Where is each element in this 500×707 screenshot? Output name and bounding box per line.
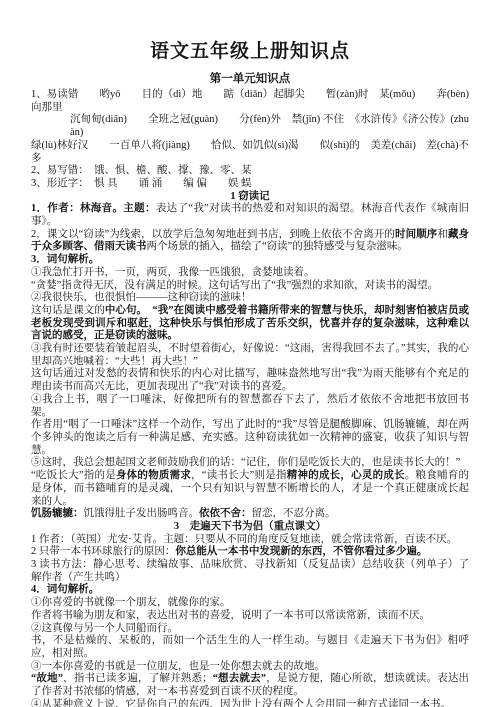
bold-text-run: 时间顺序 xyxy=(395,229,437,240)
paragraph: 作者用“咽了一口唾沫”这样一个动作，写出了此时的“我”尽管是腿酸脚麻、饥肠辘辘，… xyxy=(31,419,469,457)
text-run: 这句话通过对发愁的表情和快乐的内心对比描写，趣味盎然地写出“我”为雨天能够有个充… xyxy=(31,368,469,392)
bold-text-run: 饥肠辘辘： xyxy=(31,508,84,519)
bold-text-run: 你总能从一本书中发现新的东西，不管你看过多少遍。 xyxy=(175,546,427,557)
section-heading-zoubian: 3 走遍天下书为侣（重点课文） xyxy=(31,521,469,534)
paragraph: ④从某种意义上说，它是你自己的东西，因为世上没有两个人会用同一种方式读同一本书。 xyxy=(31,699,469,707)
paragraph: 2 只带一本书环球旅行的原因：你总能从一本书中发现新的东西，不管你看过多少遍。 xyxy=(31,546,469,559)
paragraph: 书，不是枯燥的、呆板的，而如一个活生生的人一样生动。与题目《走遍天下书为侣》相呼… xyxy=(31,635,469,660)
text-run: ①你喜爱的书就像一个朋友，就像你的家。 xyxy=(31,597,231,608)
text-run: “贪婪”指贪得无厌，没有满足的时候。这句话写出了“我”强烈的求知欲，对读书的渴望… xyxy=(31,280,438,291)
text-run: 2．课文以“窃读”为线索，以放学后急匆匆地赶到书店，到晚上依依不舍离开的 xyxy=(31,229,395,240)
paragraph: 2．课文以“窃读”为线索，以放学后急匆匆地赶到书店，到晚上依依不舍离开的时间顺序… xyxy=(31,229,469,254)
text-run: ⑤这时，我总会想起国文老师鼓励我们的话：“记住，你们是吃饭长大的，也是读书长大的… xyxy=(31,457,460,468)
text-run: 作者将书喻为朋友和家，表达出对书的喜爱，说明了一本书可以常读常新，读而不厌。 xyxy=(31,610,430,621)
text-run: ，指书已读多遍，了解并熟悉； xyxy=(63,673,213,684)
text-run: 1 作者：（英国）尤安·艾肯。主题：只要从不同的角度反复地读，就会常读常新，百读… xyxy=(31,534,457,545)
paragraph: 作者将书喻为朋友和家，表达出对书的喜爱，说明了一本书可以常读常新，读而不厌。 xyxy=(31,610,469,623)
text-run: ④我合上书，咽了一口唾沫，好像把所有的智慧都吞下去了，然后才依依不舍地把书放回书… xyxy=(31,394,469,418)
bold-text-run: “故地” xyxy=(31,673,63,684)
text-run: 1、易读错 哟yō 目的（dì）地 踮（diǎn）起脚尖 暂(zàn)时 某(m… xyxy=(31,89,469,113)
text-run: ①我急忙打开书，一页，两页，我像一匹饿狼，贪婪地读着。 xyxy=(31,267,315,278)
text-run: “吃饭长大”指的是 xyxy=(31,470,116,481)
text-run: 两个场景的插入，描绘了“窃读”的独特感受与复杂滋味。 xyxy=(147,241,408,252)
text-run: 作者用“咽了一口唾沫”这样一个动作，写出了此时的“我”尽管是腿酸脚麻、饥肠辘辘，… xyxy=(31,419,469,455)
paragraph: “故地”，指书已读多遍，了解并熟悉；“想去就去”，是说方便，随心所欲，想读就读。… xyxy=(31,673,469,698)
paragraph: 1．作者：林海音。主题：表达了“我”对读书的热爱和对知识的渴望。林海音代表作《城… xyxy=(31,203,469,228)
bold-text-run: 3 走遍天下书为侣（重点课文） xyxy=(174,521,326,532)
paragraph: 饥肠辘辘：饥饿得肚子发出肠鸣音。依依不舍：留恋，不忍分离。 xyxy=(31,508,469,521)
paragraph: ①你喜爱的书就像一个朋友，就像你的家。 xyxy=(31,597,469,610)
text-run: 3、形近字： 惧 具 诵 涌 编 偏 娱 蜈 xyxy=(31,178,252,189)
paragraph: ③我有时还要装着皱起眉头，不时望着街心，好像说：“这雨，害得我回不去了。”其实，… xyxy=(31,343,469,368)
bold-text-run: 1 窃读记 xyxy=(230,191,269,202)
bold-text-run: 1．作者：林海音。主题： xyxy=(31,203,156,214)
bold-text-run: 精神的成长，心灵的成长 xyxy=(287,470,405,481)
paragraph: ①我急忙打开书，一页，两页，我像一匹饿狼，贪婪地读着。 xyxy=(31,267,469,280)
bold-text-run: 4．词句解析。 xyxy=(31,584,99,595)
text-run: 2、易写错： 饿、惧、檐、酸、撑、豫、零、某 xyxy=(31,165,252,176)
document-body: 1、易读错 哟yō 目的（dì）地 踮（diǎn）起脚尖 暂(zàn)时 某(m… xyxy=(31,89,469,707)
paragraph: ②我很快乐，也很惧怕———这种窃读的滋味！ xyxy=(31,292,469,305)
bold-text-run: 3．词句解析。 xyxy=(31,254,99,265)
paragraph: 3 读书方法：静心思考、续编故事、品味欣赏、寻找新知（反复品读）总结收获（列单子… xyxy=(31,559,469,584)
page-title: 语文五年级上册知识点 xyxy=(31,36,469,63)
paragraph: 1 作者：（英国）尤安·艾肯。主题：只要从不同的角度反复地读，就会常读常新，百读… xyxy=(31,534,469,547)
text-run: 和 xyxy=(437,229,448,240)
word-list-line: 沉甸甸(diān) 全班之冠(guàn) 分(fèn)外 禁(jīn) 不住 《… xyxy=(31,114,469,139)
text-run: 沉甸甸(diān) 全班之冠(guàn) 分(fèn)外 禁(jīn) 不住 《… xyxy=(70,114,469,138)
paragraph: “吃饭长大”指的是身体的物质需求，“读书长大”则是指精神的成长，心灵的成长。粮食… xyxy=(31,470,469,508)
paragraph: ③一本你喜爱的书就是一位朋友，也是一处你想去就去的故地。 xyxy=(31,661,469,674)
paragraph: ④我合上书，咽了一口唾沫，好像把所有的智慧都吞下去了，然后才依依不舍地把书放回书… xyxy=(31,394,469,419)
text-run: 书，不是枯燥的、呆板的，而如一个活生生的人一样生动。与题目《走遍天下书为侣》相呼… xyxy=(31,635,469,659)
paragraph: “贪婪”指贪得无厌，没有满足的时候。这句话写出了“我”强烈的求知欲，对读书的渴望… xyxy=(31,280,469,293)
document-page: 语文五年级上册知识点 第一单元知识点 1、易读错 哟yō 目的（dì）地 踮（d… xyxy=(0,0,500,707)
text-run: ③一本你喜爱的书就是一位朋友，也是一处你想去就去的故地。 xyxy=(31,661,325,672)
text-run: ③我有时还要装着皱起眉头，不时望着街心，好像说：“这雨，害得我回不去了。”其实，… xyxy=(31,343,469,367)
text-run: ②这真像与另一个人同船而行。 xyxy=(31,623,178,634)
paragraph: 3．词句解析。 xyxy=(31,254,469,267)
paragraph: ②这真像与另一个人同船而行。 xyxy=(31,623,469,636)
section-heading-qiedouji: 1 窃读记 xyxy=(31,191,469,204)
text-run: 绿(lù)林好汉 一百单八将(jiàng) 恰似、如饥似(sì)渴 似(shì)… xyxy=(31,140,469,164)
text-run: 留恋，不忍分离。 xyxy=(252,508,336,519)
word-list-line: 2、易写错： 饿、惧、檐、酸、撑、豫、零、某 xyxy=(31,165,469,178)
unit-subtitle: 第一单元知识点 xyxy=(31,70,469,86)
text-run: ②我很快乐，也很惧怕———这种窃读的滋味！ xyxy=(31,292,252,303)
bold-text-run: “想去就去” xyxy=(213,673,266,684)
text-run: ④从某种意义上说，它是你自己的东西，因为世上没有两个人会用同一种方式读同一本书。 xyxy=(31,699,451,707)
text-run: 饥饿得肚子发出肠鸣音。 xyxy=(84,508,200,519)
word-list-line: 绿(lù)林好汉 一百单八将(jiàng) 恰似、如饥似(sì)渴 似(shì)… xyxy=(31,140,469,165)
text-run: 这句话是课文的 xyxy=(31,305,105,316)
text-run: 2 只带一本书环球旅行的原因： xyxy=(31,546,175,557)
bold-text-run: 身体的物质需求 xyxy=(116,470,191,481)
paragraph: ⑤这时，我总会想起国文老师鼓励我们的话：“记住，你们是吃饭长大的，也是读书长大的… xyxy=(31,457,469,470)
text-run: ，“读书长大”则是指 xyxy=(191,470,287,481)
paragraph: 4．词句解析。 xyxy=(31,584,469,597)
paragraph: 这句话是课文的中心句。 “我”在阅读中感受着书籍所带来的智慧与快乐，却时刻害怕被… xyxy=(31,305,469,343)
word-list-line: 1、易读错 哟yō 目的（dì）地 踮（diǎn）起脚尖 暂(zàn)时 某(m… xyxy=(31,89,469,114)
word-list-line: 3、形近字： 惧 具 诵 涌 编 偏 娱 蜈 xyxy=(31,178,469,191)
text-run: 3 读书方法：静心思考、续编故事、品味欣赏、寻找新知（反复品读）总结收获（列单子… xyxy=(31,559,469,583)
paragraph: 这句话通过对发愁的表情和快乐的内心对比描写，趣味盎然地写出“我”为雨天能够有个充… xyxy=(31,368,469,393)
bold-text-run: 依依不舍： xyxy=(199,508,252,519)
